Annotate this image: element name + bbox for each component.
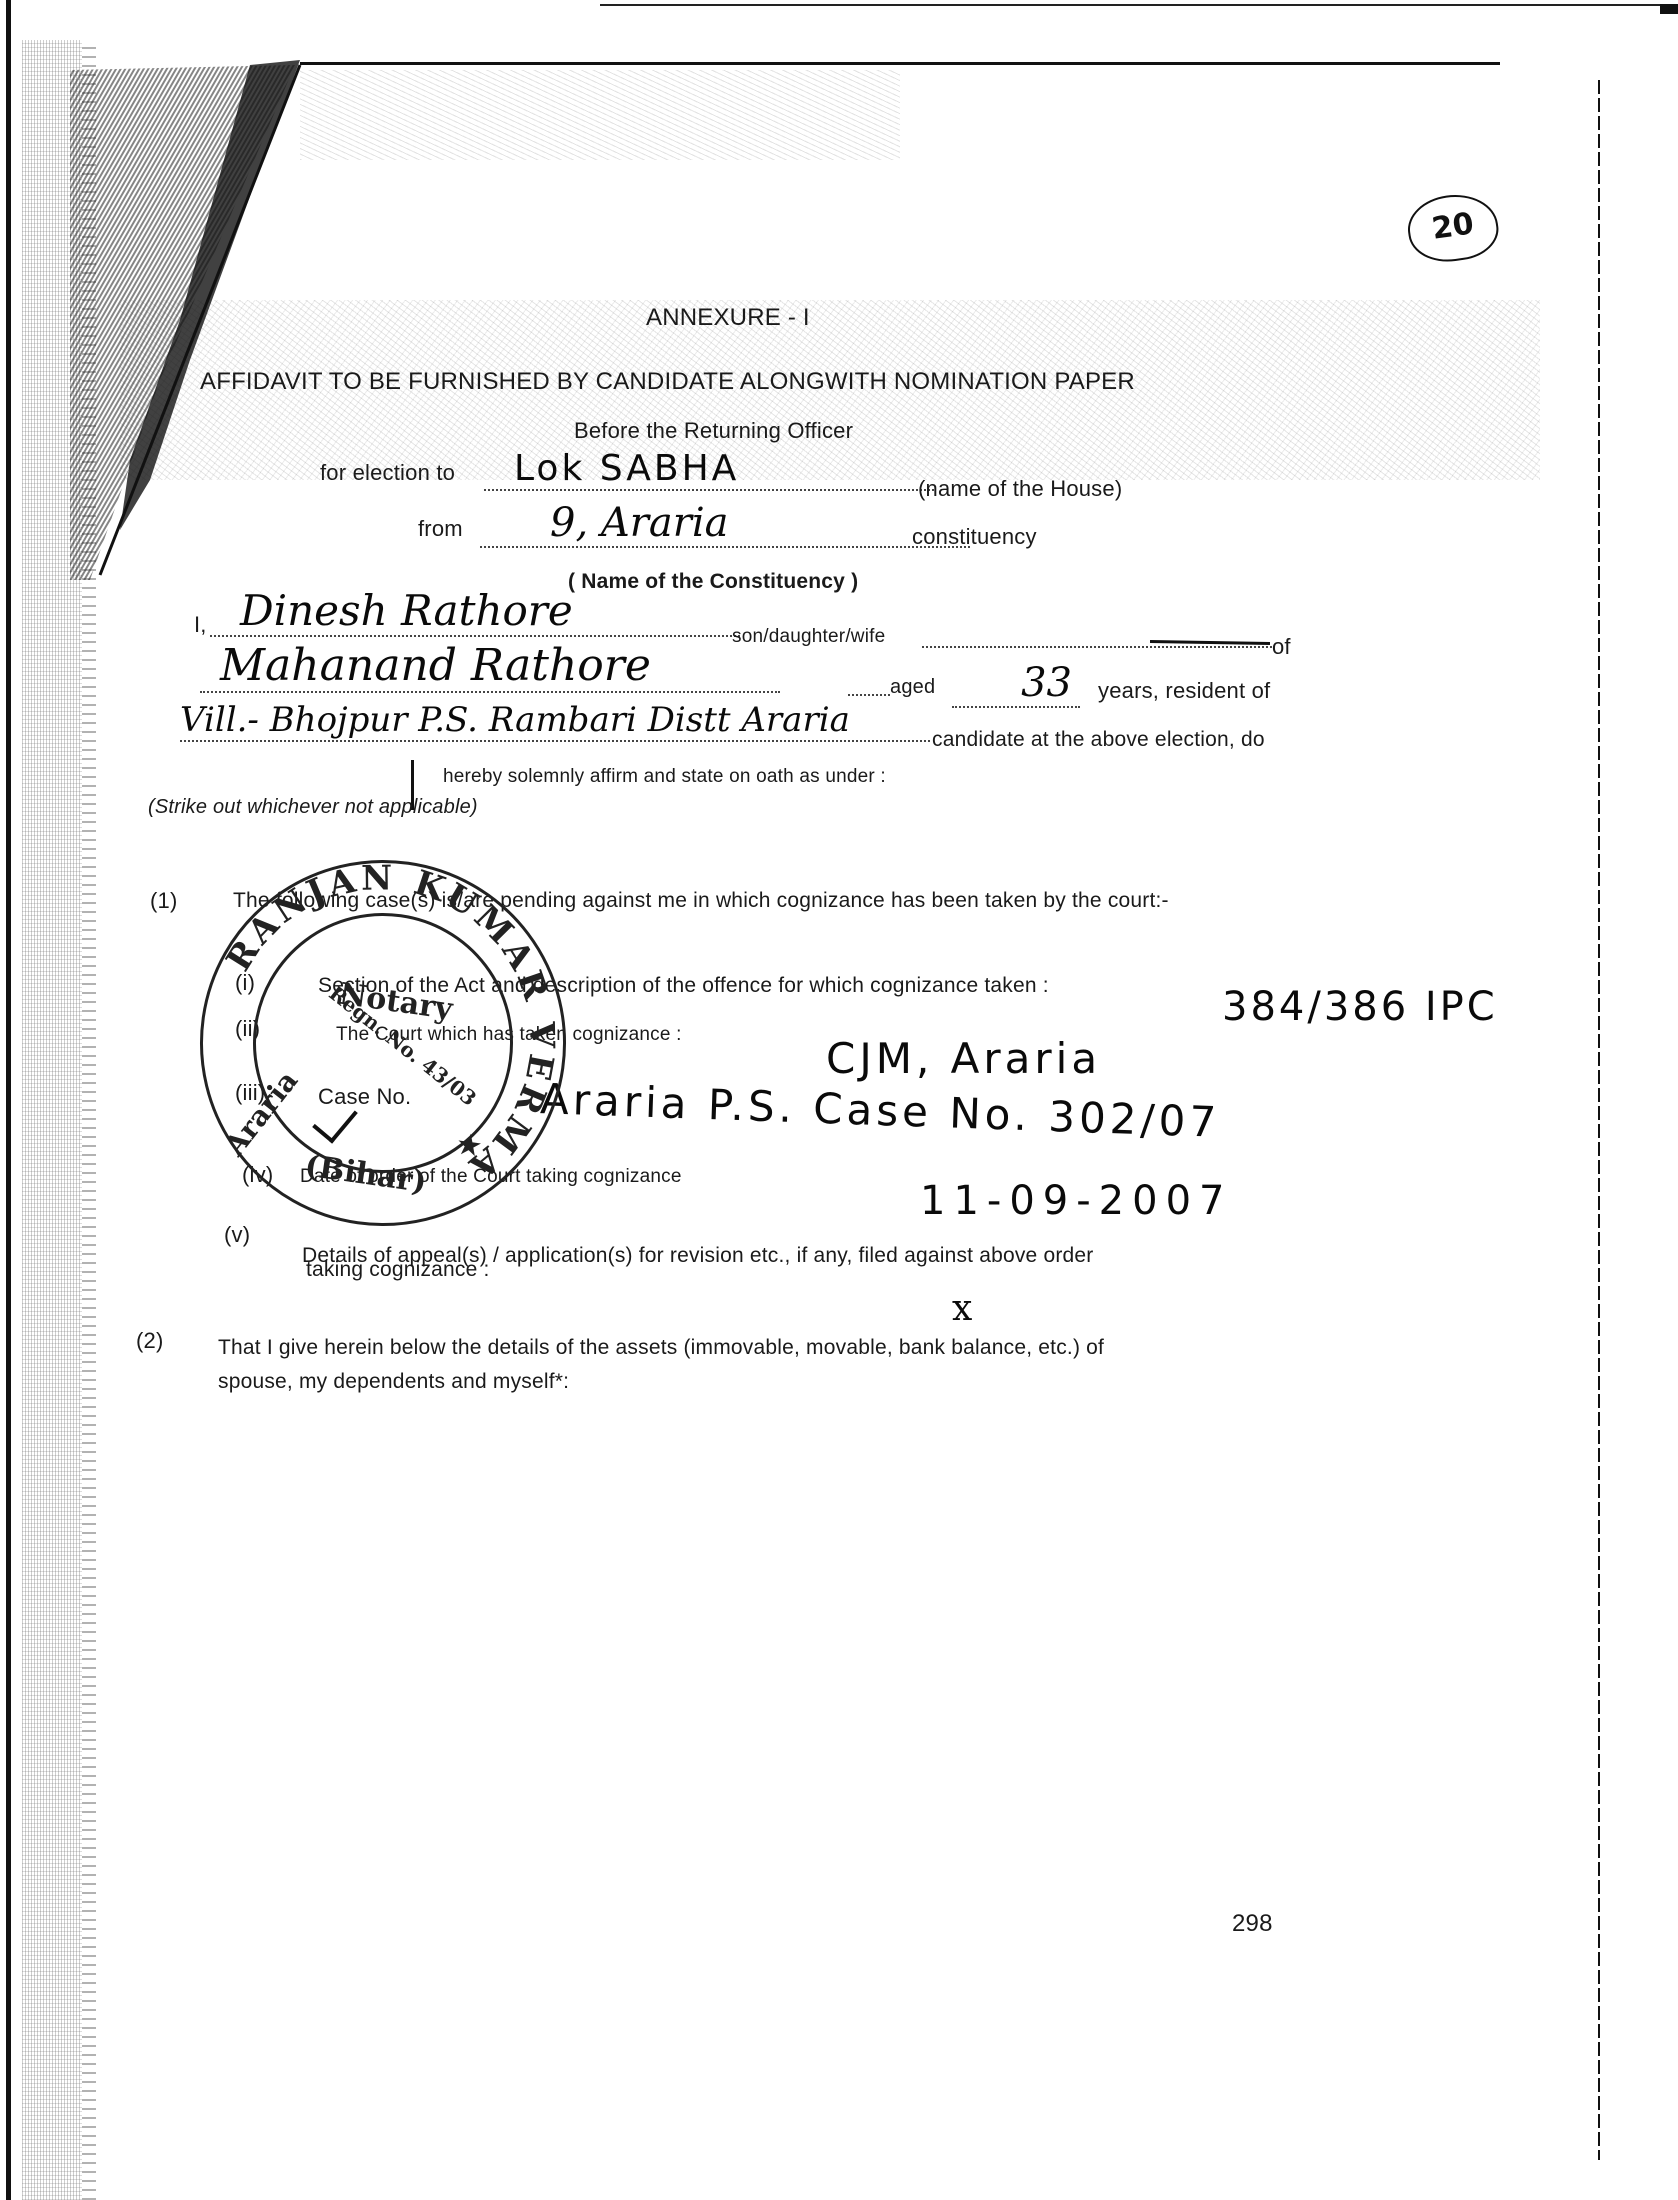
house-suffix: (name of the House) bbox=[918, 476, 1122, 502]
candidate-name-field[interactable]: Dinesh Rathore bbox=[210, 586, 740, 637]
folded-corner bbox=[60, 60, 310, 580]
section2-line1: That I give herein below the details of … bbox=[218, 1336, 1104, 1360]
section2-number: (2) bbox=[136, 1328, 164, 1354]
scan-edge-top bbox=[600, 4, 1678, 6]
address-field[interactable]: Vill.- Bhojpur P.S. Rambari Distt Araria bbox=[180, 700, 930, 742]
from-label: from bbox=[418, 516, 463, 542]
document-subtitle: Before the Returning Officer bbox=[574, 418, 853, 444]
page-marker-circle: 20 bbox=[1404, 189, 1502, 267]
document-title: AFFIDAVIT TO BE FURNISHED BY CANDIDATE A… bbox=[200, 368, 1135, 396]
relation-blank[interactable] bbox=[922, 646, 1272, 648]
scan-edge-mark bbox=[1660, 4, 1678, 14]
notary-stamp: RANJAN KUMAR VERMA Notary Regn. No. 43/0… bbox=[176, 836, 589, 1249]
star-icon: ★ bbox=[456, 1130, 483, 1163]
for-election-label: for election to bbox=[320, 460, 455, 486]
scan-noise-top bbox=[300, 70, 900, 160]
father-name-field[interactable]: Mahanand Rathore bbox=[200, 640, 780, 693]
constituency-field[interactable]: 9, Araria bbox=[480, 500, 970, 548]
years-label: years, resident of bbox=[1098, 678, 1270, 704]
item-ii-value[interactable]: CJM, Araria bbox=[826, 1034, 1101, 1083]
strike-line bbox=[1150, 640, 1270, 645]
of-label: of bbox=[1272, 634, 1291, 660]
page-border-right bbox=[1598, 80, 1600, 2160]
page-number: 298 bbox=[1232, 1910, 1273, 1938]
section2-line2: spouse, my dependents and myself*: bbox=[218, 1370, 569, 1394]
age-field[interactable]: 33 bbox=[952, 660, 1080, 708]
item-v-value[interactable]: x bbox=[952, 1288, 972, 1329]
scan-edge-left bbox=[6, 0, 11, 2200]
page-border-top bbox=[300, 62, 1500, 65]
candidate-text: candidate at the above election, do bbox=[932, 728, 1265, 752]
i-label: I, bbox=[194, 612, 207, 638]
annexure-label: ANNEXURE - I bbox=[646, 304, 810, 332]
item-iv-value[interactable]: 11-09-2007 bbox=[920, 1178, 1232, 1224]
constituency-suffix: constituency bbox=[912, 524, 1037, 550]
aged-label: aged bbox=[890, 676, 935, 699]
item-v-label-cont: taking cognizance : bbox=[306, 1258, 490, 1282]
item-i-value[interactable]: 384/386 IPC bbox=[1222, 984, 1498, 1030]
page-marker: 20 bbox=[1408, 203, 1498, 250]
affirm-text: hereby solemnly affirm and state on oath… bbox=[443, 766, 886, 788]
strike-note: (Strike out whichever not applicable) bbox=[148, 796, 478, 819]
aged-dots bbox=[848, 694, 890, 696]
item-iii-value[interactable]: Araria P.S. Case No. 302/07 bbox=[539, 1074, 1221, 1147]
section1-number: (1) bbox=[150, 888, 178, 914]
house-field[interactable]: Lok SABHA bbox=[484, 448, 934, 491]
item-v-number: (v) bbox=[224, 1222, 250, 1248]
